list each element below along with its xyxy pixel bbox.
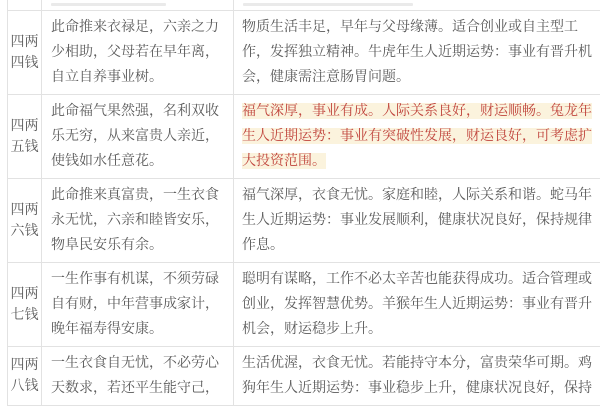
weight-label-line2: 六钱 <box>11 221 39 242</box>
description-text: 福气深厚，衣食无忧。家庭和睦，人际关系和谐。蛇马年生人近期运势：事业发展顺利，健… <box>242 187 592 253</box>
weight-cell: 四两 六钱 <box>8 179 41 262</box>
description-cell: 聪明有谋略，工作不必太辛苦也能获得成功。适合管理或创业，发挥智慧优势。羊猴年生人… <box>233 263 600 346</box>
description-text: 物质生活丰足，早年与父母缘薄。适合创业或自主型工作，发挥独立精神。牛虎年生人近期… <box>242 19 592 85</box>
weight-label-line1: 四两 <box>11 32 39 53</box>
weight-label-line2: 七钱 <box>11 305 39 326</box>
poem-cell <box>41 0 233 10</box>
weight-label-line2: 八钱 <box>11 376 39 397</box>
table-row: 四两 八钱 一生衣食自无忧，不必劳心天数求，若还平生能守己， 生活优渥，衣食无忧… <box>8 347 600 400</box>
description-cell: 福气深厚，衣食无忧。家庭和睦，人际关系和谐。蛇马年生人近期运势：事业发展顺利，健… <box>233 179 600 262</box>
description-cell: 物质生活丰足，早年与父母缘薄。适合创业或自主型工作，发挥独立精神。牛虎年生人近期… <box>233 11 600 94</box>
poem-text: 一生作事有机谋，不须劳碌自有财，中年营事成家计，晚年福寿得安康。 <box>51 271 219 337</box>
poem-cell: 一生衣食自无忧，不必劳心天数求，若还平生能守己， <box>41 347 233 400</box>
weight-cell: 四两 八钱 <box>8 347 41 400</box>
cutoff-row-top <box>8 0 600 11</box>
weight-label-line2: 五钱 <box>11 137 39 158</box>
weight-cell: 四两 五钱 <box>8 95 41 178</box>
poem-text: 此命福气果然强，名利双收乐无穷，从来富贵人亲近，使钱如水任意花。 <box>51 103 219 169</box>
weight-label-line2: 四钱 <box>11 53 39 74</box>
fortune-weight-table: 四两 四钱 此命推来衣禄足，六亲之力少相助，父母若在早年离，自立自养事业树。 物… <box>7 0 600 400</box>
weight-cell: 四两 七钱 <box>8 263 41 346</box>
table-row: 四两 七钱 一生作事有机谋，不须劳碌自有财，中年营事成家计，晚年福寿得安康。 聪… <box>8 263 600 347</box>
cutoff-text-remnant <box>243 3 413 6</box>
table-row: 四两 五钱 此命福气果然强，名利双收乐无穷，从来富贵人亲近，使钱如水任意花。 福… <box>8 95 600 179</box>
cutoff-text-remnant <box>51 3 166 6</box>
table-row: 四两 四钱 此命推来衣禄足，六亲之力少相助，父母若在早年离，自立自养事业树。 物… <box>8 11 600 95</box>
table-row: 四两 六钱 此命推来真富贵，一生衣食永无忧，六亲和睦皆安乐，物阜民安乐有余。 福… <box>8 179 600 263</box>
poem-cell: 此命福气果然强，名利双收乐无穷，从来富贵人亲近，使钱如水任意花。 <box>41 95 233 178</box>
weight-cell <box>8 0 41 10</box>
description-text: 聪明有谋略，工作不必太辛苦也能获得成功。适合管理或创业，发挥智慧优势。羊猴年生人… <box>242 271 592 337</box>
poem-text: 一生衣食自无忧，不必劳心天数求，若还平生能守己， <box>51 355 219 396</box>
weight-label-line1: 四两 <box>11 116 39 137</box>
weight-label-line1: 四两 <box>11 355 39 376</box>
poem-cell: 此命推来衣禄足，六亲之力少相助，父母若在早年离，自立自养事业树。 <box>41 11 233 94</box>
description-cell: 福气深厚，事业有成。人际关系良好，财运顺畅。兔龙年生人近期运势：事业有突破性发展… <box>233 95 600 178</box>
poem-text: 此命推来衣禄足，六亲之力少相助，父母若在早年离，自立自养事业树。 <box>51 19 219 85</box>
poem-text: 此命推来真富贵，一生衣食永无忧，六亲和睦皆安乐，物阜民安乐有余。 <box>51 187 219 253</box>
poem-cell: 一生作事有机谋，不须劳碌自有财，中年营事成家计，晚年福寿得安康。 <box>41 263 233 346</box>
poem-cell: 此命推来真富贵，一生衣食永无忧，六亲和睦皆安乐，物阜民安乐有余。 <box>41 179 233 262</box>
weight-cell: 四两 四钱 <box>8 11 41 94</box>
table-body: 四两 四钱 此命推来衣禄足，六亲之力少相助，父母若在早年离，自立自养事业树。 物… <box>8 11 600 400</box>
description-text: 生活优渥，衣食无忧。若能持守本分，富贵荣华可期。鸡狗年生人近期运势：事业稳步上升… <box>242 355 592 396</box>
description-cell: 生活优渥，衣食无忧。若能持守本分，富贵荣华可期。鸡狗年生人近期运势：事业稳步上升… <box>233 347 600 400</box>
weight-label-line1: 四两 <box>11 200 39 221</box>
weight-label-line1: 四两 <box>11 284 39 305</box>
description-cell <box>233 0 600 10</box>
description-text: 福气深厚，事业有成。人际关系良好，财运顺畅。兔龙年生人近期运势：事业有突破性发展… <box>242 103 592 169</box>
